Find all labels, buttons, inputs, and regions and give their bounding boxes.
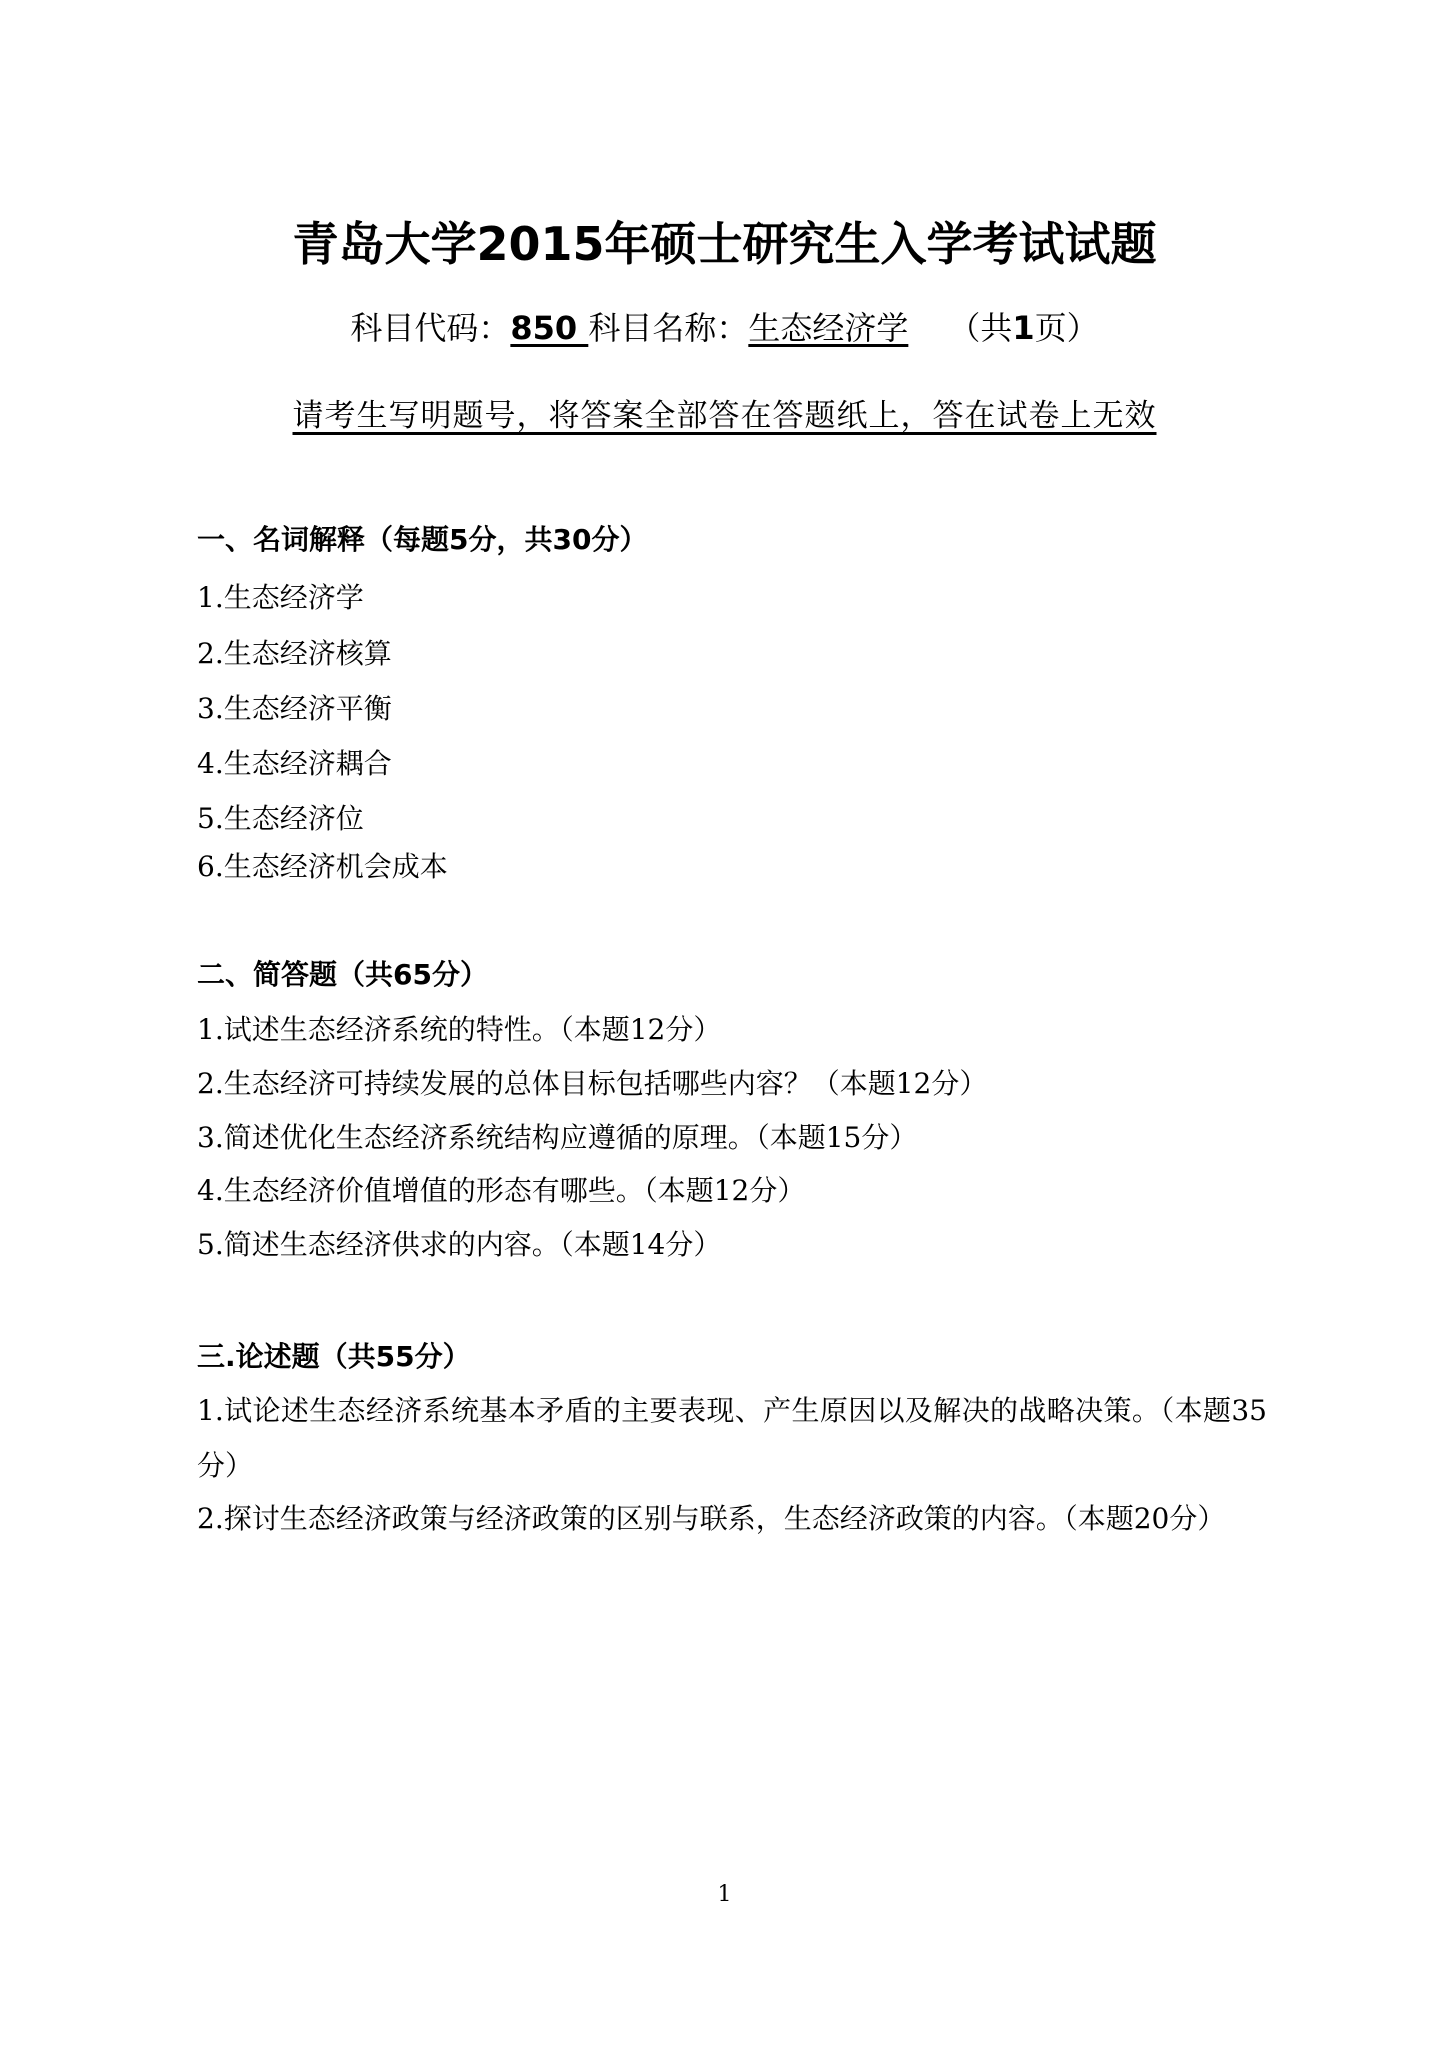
section-heading-2: 二、简答题（共65分）	[197, 955, 488, 995]
page-count: （共1页）	[948, 309, 1098, 347]
list-item: 2.生态经济核算	[197, 634, 392, 674]
section-heading-1: 一、名词解释（每题5分，共30分）	[197, 520, 647, 560]
subject-name-label: 科目名称：	[588, 309, 748, 347]
list-item: 2.生态经济可持续发展的总体目标包括哪些内容？（本题12分）	[197, 1064, 987, 1104]
list-item: 4.生态经济价值增值的形态有哪些。（本题12分）	[197, 1171, 805, 1211]
list-item: 2.探讨生态经济政策与经济政策的区别与联系，生态经济政策的内容。（本题20分）	[197, 1491, 1267, 1546]
page-count-value: 1	[1012, 309, 1034, 347]
subject-name: 生态经济学	[748, 309, 908, 347]
subject-code: 850	[510, 309, 588, 347]
list-item: 1.试述生态经济系统的特性。（本题12分）	[197, 1010, 721, 1050]
list-item: 3.生态经济平衡	[197, 689, 392, 729]
list-item: 5.简述生态经济供求的内容。（本题14分）	[197, 1225, 721, 1265]
page-title: 青岛大学2015年硕士研究生入学考试试题	[0, 216, 1449, 272]
section-heading-3: 三.论述题（共55分）	[197, 1337, 471, 1377]
list-item: 1.生态经济学	[197, 578, 364, 618]
list-item: 1.试论述生态经济系统基本矛盾的主要表现、产生原因以及解决的战略决策。（本题35…	[197, 1383, 1267, 1493]
instruction-line: 请考生写明题号，将答案全部答在答题纸上，答在试卷上无效	[0, 394, 1449, 438]
page-count-suffix: 页）	[1035, 309, 1099, 347]
instruction-text: 请考生写明题号，将答案全部答在答题纸上，答在试卷上无效	[293, 398, 1157, 434]
subject-line: 科目代码：850 科目名称：生态经济学（共1页）	[0, 306, 1449, 350]
list-item: 5.生态经济位	[197, 799, 364, 839]
page-count-prefix: （共	[948, 309, 1012, 347]
subject-code-label: 科目代码：	[350, 309, 510, 347]
list-item: 6.生态经济机会成本	[197, 847, 448, 887]
list-item: 3.简述优化生态经济系统结构应遵循的原理。（本题15分）	[197, 1118, 917, 1158]
list-item: 4.生态经济耦合	[197, 744, 392, 784]
page-number: 1	[0, 1880, 1449, 1910]
